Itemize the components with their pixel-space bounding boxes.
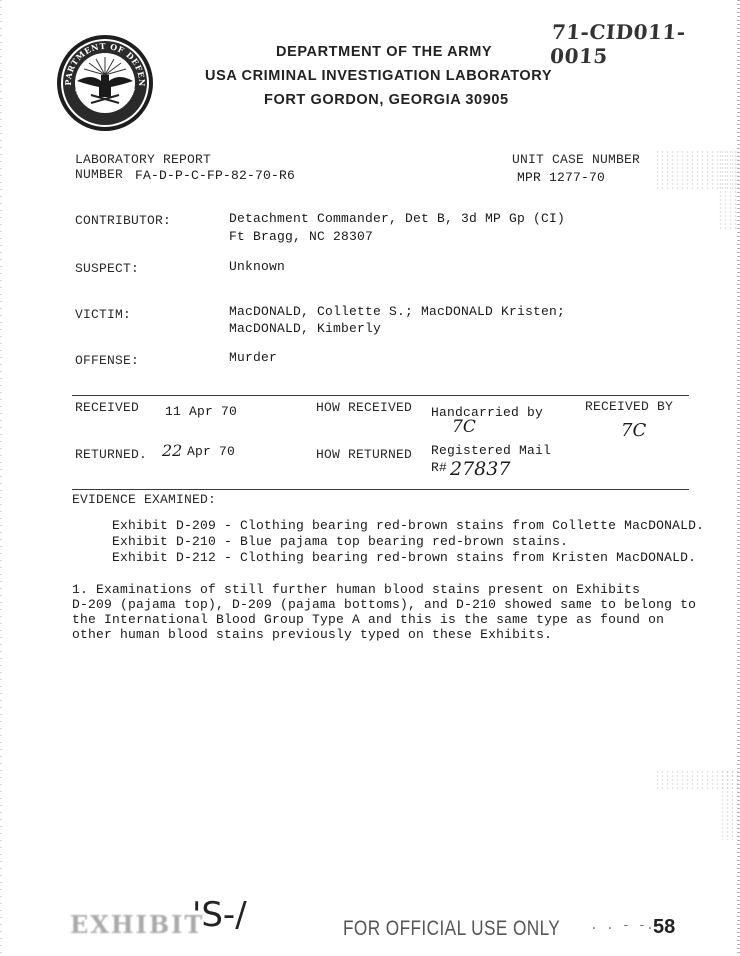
how-received-initials: 7C bbox=[452, 417, 476, 437]
evidence-item: Exhibit D-209 - Clothing bearing red-bro… bbox=[112, 518, 704, 533]
victim-label: VICTIM: bbox=[75, 307, 131, 322]
how-received-value: Handcarried by bbox=[431, 405, 543, 420]
document-stamp-number: 71-CID011-0015 bbox=[549, 20, 740, 68]
how-returned-label: HOW RETURNED bbox=[316, 447, 412, 462]
laboratory-address: FORT GORDON, GEORGIA 30905 bbox=[264, 92, 509, 108]
victim-line1: MacDONALD, Collette S.; MacDONALD Kriste… bbox=[229, 304, 565, 319]
suspect-value: Unknown bbox=[229, 259, 285, 274]
returned-date: Apr 70 bbox=[187, 444, 235, 459]
findings-line: D-209 (pajama top), D-209 (pajama bottom… bbox=[72, 597, 696, 612]
received-by-initials: 7C bbox=[621, 420, 646, 441]
contributor-line1: Detachment Commander, Det B, 3d MP Gp (C… bbox=[229, 211, 565, 226]
suspect-label: SUSPECT: bbox=[75, 261, 139, 276]
how-returned-value: Registered Mail bbox=[431, 443, 551, 458]
faded-exhibit-stamp: EXHIBIT bbox=[70, 910, 204, 939]
scan-edge-left bbox=[0, 0, 2, 956]
department-title: DEPARTMENT OF THE ARMY bbox=[276, 44, 492, 60]
evidence-item: Exhibit D-212 - Clothing bearing red-bro… bbox=[112, 550, 696, 565]
returned-day: 22 bbox=[162, 441, 182, 460]
divider-top bbox=[72, 395, 689, 396]
laboratory-title: USA CRIMINAL INVESTIGATION LABORATORY bbox=[205, 68, 552, 84]
received-label: RECEIVED bbox=[75, 400, 139, 415]
findings-line: other human blood stains previously type… bbox=[72, 627, 552, 642]
unit-case-number: MPR 1277-70 bbox=[517, 170, 605, 185]
evidence-label: EVIDENCE EXAMINED: bbox=[72, 492, 216, 507]
lab-report-number: FA-D-P-C-FP-82-70-R6 bbox=[135, 168, 295, 183]
handwritten-mark: 'S-/ bbox=[192, 895, 247, 935]
received-date: 11 Apr 70 bbox=[165, 404, 237, 419]
contributor-line2: Ft Bragg, NC 28307 bbox=[229, 229, 373, 244]
evidence-item: Exhibit D-210 - Blue pajama top bearing … bbox=[112, 534, 568, 549]
returned-label: RETURNED. bbox=[75, 447, 147, 462]
received-by-label: RECEIVED BY bbox=[585, 399, 673, 414]
victim-line2: MacDONALD, Kimberly bbox=[229, 321, 381, 336]
registry-prefix: R# bbox=[431, 460, 447, 475]
offense-label: OFFENSE: bbox=[75, 353, 139, 368]
footer-dashes: . . - -. bbox=[590, 918, 654, 933]
findings-line: the International Blood Group Type A and… bbox=[72, 612, 664, 627]
unit-case-label: UNIT CASE NUMBER bbox=[512, 152, 640, 167]
how-received-label: HOW RECEIVED bbox=[316, 400, 412, 415]
lab-report-label: LABORATORY REPORT bbox=[75, 152, 211, 167]
lab-report-number-label: NUMBER bbox=[75, 167, 123, 182]
scan-noise bbox=[720, 770, 738, 840]
dod-seal-icon: DEPARTMENT OF DEFENSE UNITED STATES OF A… bbox=[55, 33, 155, 133]
offense-value: Murder bbox=[229, 350, 277, 365]
divider-bottom bbox=[72, 489, 689, 490]
page-number: 58 bbox=[653, 916, 675, 939]
scan-noise bbox=[718, 150, 738, 230]
registry-number: 27837 bbox=[450, 458, 510, 480]
classification-stamp: FOR OFFICIAL USE ONLY bbox=[343, 917, 560, 941]
contributor-label: CONTRIBUTOR: bbox=[75, 213, 171, 228]
findings-line: 1. Examinations of still further human b… bbox=[72, 582, 640, 597]
